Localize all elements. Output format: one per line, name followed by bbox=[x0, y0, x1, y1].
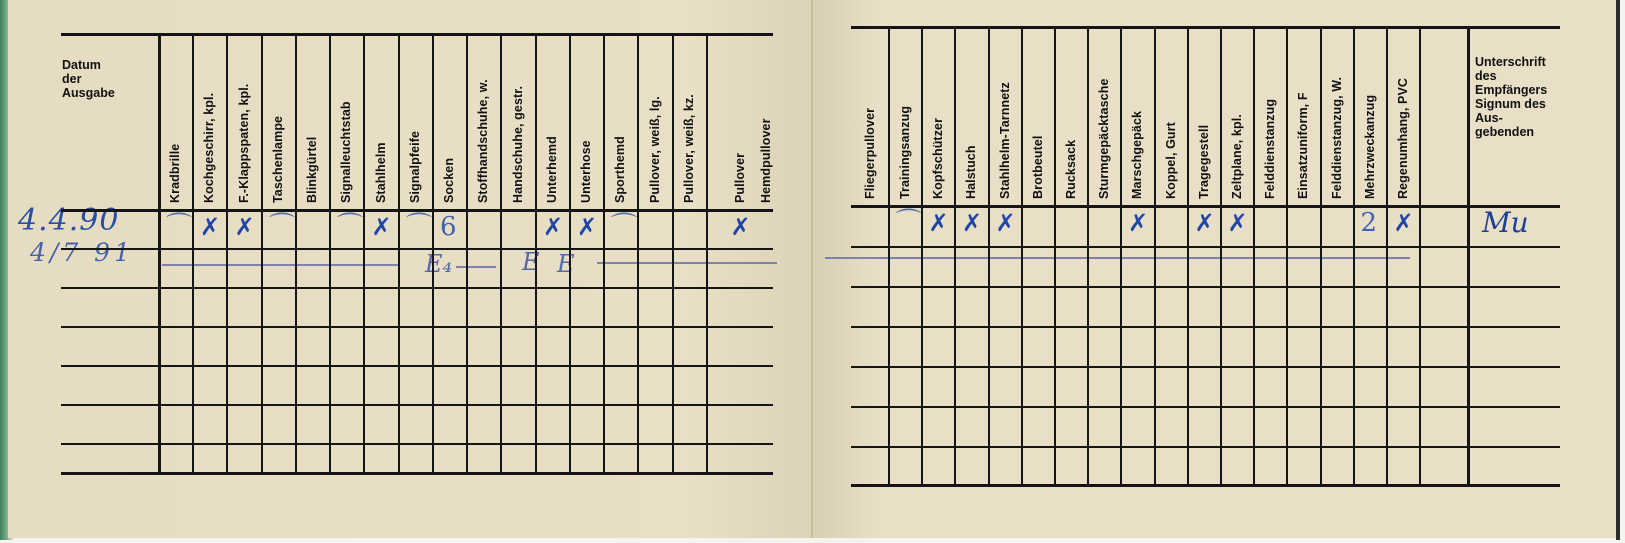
column-header: Kochgeschirr, kpl. bbox=[192, 33, 226, 209]
row-rule bbox=[851, 406, 1560, 408]
signature-header-line: Signum des bbox=[1475, 97, 1547, 111]
issued-check-mark: ✗ bbox=[200, 215, 220, 239]
column-header-label: Felddienstanzug, W. bbox=[1330, 77, 1344, 199]
row-rule bbox=[851, 366, 1560, 368]
column-header-label: Brotbeutel bbox=[1031, 136, 1045, 200]
handwritten-return-mark: E bbox=[557, 250, 575, 278]
column-header: Unterhemd bbox=[535, 33, 569, 209]
issued-check-mark: ✗ bbox=[543, 215, 563, 239]
column-header: Felddienstanzug, W. bbox=[1320, 26, 1353, 205]
strike-line bbox=[597, 262, 777, 264]
column-header-label: Kopfschützer bbox=[931, 118, 945, 199]
handwritten-entry: ⌒ bbox=[611, 215, 637, 239]
signature-header-line: des bbox=[1475, 69, 1547, 83]
column-header: Stoffhandschuhe, w. bbox=[466, 33, 500, 209]
issued-check-mark: ✗ bbox=[372, 215, 392, 239]
row-rule bbox=[851, 326, 1560, 328]
handwritten-entry: ⌒ bbox=[166, 215, 192, 239]
issued-check-mark: ✗ bbox=[577, 215, 597, 239]
row-rule bbox=[851, 484, 1560, 487]
row-rule bbox=[61, 443, 773, 445]
issued-check-mark: ✗ bbox=[235, 215, 255, 239]
column-header-label: Hemdpullover bbox=[759, 118, 773, 203]
strike-line bbox=[825, 257, 1410, 259]
column-header: Pullover, weiß, kz. bbox=[672, 33, 706, 209]
column-header: Marschgepäck bbox=[1120, 26, 1154, 205]
column-header-label: Handschuhe, gestr. bbox=[511, 86, 525, 203]
row-rule bbox=[61, 326, 773, 328]
column-header-label: Taschenlampe bbox=[271, 116, 285, 203]
handwritten-entry: 6 bbox=[440, 215, 457, 239]
column-header-label: Koppel, Gurt bbox=[1164, 122, 1178, 199]
column-header-label: Stoffhandschuhe, w. bbox=[476, 79, 490, 203]
column-header: Unterhose bbox=[569, 33, 603, 209]
column-header-label: Pullover, weiß, lg. bbox=[648, 96, 662, 203]
column-header-label: Signalleuchtstab bbox=[339, 101, 353, 203]
column-header: F.-Klappspaten, kpl. bbox=[226, 33, 261, 209]
row-rule bbox=[61, 404, 773, 406]
center-fold bbox=[811, 0, 813, 538]
column-header-label: Stahlhelm bbox=[374, 142, 388, 203]
row-rule bbox=[851, 246, 1560, 248]
issued-check-mark: ✗ bbox=[1128, 211, 1148, 235]
column-header-label: Blinkgürtel bbox=[305, 137, 319, 203]
booklet-back-edge bbox=[1616, 0, 1620, 540]
column-header-label: Unterhemd bbox=[545, 136, 559, 203]
column-header-label: Unterhose bbox=[579, 140, 593, 203]
strike-line bbox=[456, 266, 496, 268]
date-header-line: Datum bbox=[62, 58, 115, 72]
column-header: Halstuch bbox=[954, 26, 988, 205]
handwritten-return-mark: E₄ bbox=[425, 250, 452, 278]
column-header-label: Rucksack bbox=[1064, 140, 1078, 199]
column-header: Sporthemd bbox=[603, 33, 637, 209]
handwritten-entry: ⌒ bbox=[896, 211, 922, 235]
column-header: Mehrzweckanzug bbox=[1353, 26, 1386, 205]
column-header-label: Mehrzweckanzug bbox=[1363, 95, 1377, 199]
column-header: Koppel, Gurt bbox=[1154, 26, 1187, 205]
signature-header-line: Empfängers bbox=[1475, 83, 1547, 97]
signature-header-line: Aus- bbox=[1475, 111, 1547, 125]
issued-check-mark: ✗ bbox=[1228, 211, 1248, 235]
column-header: Stahlhelm bbox=[363, 33, 398, 209]
column-header: Felddienstanzug bbox=[1253, 26, 1286, 205]
column-header-label: Trainingsanzug bbox=[898, 106, 912, 199]
column-header: Kradbrille bbox=[158, 33, 192, 209]
signature-header-line: Unterschrift bbox=[1475, 55, 1547, 69]
column-header: Einsatzuniform, F bbox=[1286, 26, 1320, 205]
column-header-label: Zeltplane, kpl. bbox=[1230, 114, 1244, 199]
column-header-label: Einsatzuniform, F bbox=[1296, 92, 1310, 199]
column-header-label: Socken bbox=[442, 158, 456, 203]
column-header-label: Halstuch bbox=[964, 145, 978, 199]
column-header-label: Fliegerpullover bbox=[863, 108, 877, 199]
column-header: Taschenlampe bbox=[261, 33, 295, 209]
date-column-header: Datum der Ausgabe bbox=[62, 58, 115, 100]
column-header: Regenumhang, PVC bbox=[1386, 26, 1419, 205]
column-header-label: Pullover, weiß, kz. bbox=[682, 94, 696, 203]
column-header: Sturmgepäcktasche bbox=[1087, 26, 1120, 205]
column-header: Zeltplane, kpl. bbox=[1220, 26, 1253, 205]
column-header-label: F.-Klappspaten, kpl. bbox=[237, 84, 251, 203]
column-header-label: Kochgeschirr, kpl. bbox=[202, 93, 216, 203]
issued-check-mark: ✗ bbox=[1195, 211, 1215, 235]
column-header-label: Kradbrille bbox=[168, 144, 182, 203]
row-rule bbox=[851, 446, 1560, 448]
column-header: Tragegestell bbox=[1187, 26, 1220, 205]
issued-check-mark: ✗ bbox=[962, 211, 982, 235]
column-header: Stahlhelm-Tarnnetz bbox=[988, 26, 1021, 205]
handwritten-entry: ⌒ bbox=[406, 215, 432, 239]
column-header: Socken bbox=[432, 33, 466, 209]
column-header-label: Stahlhelm-Tarnnetz bbox=[998, 82, 1012, 199]
column-header-label: Marschgepäck bbox=[1130, 111, 1144, 199]
column-header-label: Sporthemd bbox=[613, 136, 627, 203]
column-header-label: Sturmgepäcktasche bbox=[1097, 79, 1111, 200]
row-rule bbox=[61, 248, 773, 250]
handwritten-entry: ⌒ bbox=[269, 215, 295, 239]
column-header-label: Tragegestell bbox=[1197, 125, 1211, 199]
handwritten-entry: ⌒ bbox=[337, 215, 363, 239]
column-header: Pullover, weiß, lg. bbox=[637, 33, 672, 209]
column-header: Signalpfeife bbox=[398, 33, 432, 209]
column-header: Brotbeutel bbox=[1021, 26, 1054, 205]
row-rule bbox=[851, 286, 1560, 288]
handwritten-entry: 2 bbox=[1361, 211, 1378, 235]
column-header-label: Signalpfeife bbox=[408, 131, 422, 203]
issued-check-mark: ✗ bbox=[996, 211, 1016, 235]
row-rule bbox=[61, 365, 773, 367]
signature-column-header: Unterschrift des Empfängers Signum des A… bbox=[1475, 55, 1547, 139]
column-header-label: Regenumhang, PVC bbox=[1396, 78, 1410, 199]
signature-header-line: gebenden bbox=[1475, 125, 1547, 139]
date-header-line: der bbox=[62, 72, 115, 86]
handwritten-signature: Mu bbox=[1482, 206, 1529, 239]
date-header-line: Ausgabe bbox=[62, 86, 115, 100]
column-rule bbox=[1467, 26, 1470, 487]
column-header bbox=[1419, 26, 1467, 205]
column-header-label: Felddienstanzug bbox=[1263, 99, 1277, 199]
column-header: Trainingsanzug bbox=[888, 26, 921, 205]
column-header: Fliegerpullover bbox=[851, 26, 888, 205]
issued-check-mark: ✗ bbox=[1394, 211, 1414, 235]
issued-check-mark: ✗ bbox=[731, 215, 751, 239]
column-header: Signalleuchtstab bbox=[329, 33, 363, 209]
column-header: Handschuhe, gestr. bbox=[500, 33, 535, 209]
handwritten-date-2: 4/7 91 bbox=[30, 238, 134, 267]
column-header: Blinkgürtel bbox=[295, 33, 329, 209]
row-rule bbox=[61, 287, 773, 289]
issued-check-mark: ✗ bbox=[929, 211, 949, 235]
column-header-label: Pullover bbox=[733, 153, 747, 203]
header-bottom-rule bbox=[851, 205, 1560, 208]
column-header: Kopfschützer bbox=[921, 26, 954, 205]
row-rule bbox=[61, 472, 773, 475]
column-header: Rucksack bbox=[1054, 26, 1087, 205]
header-bottom-rule bbox=[61, 209, 773, 212]
